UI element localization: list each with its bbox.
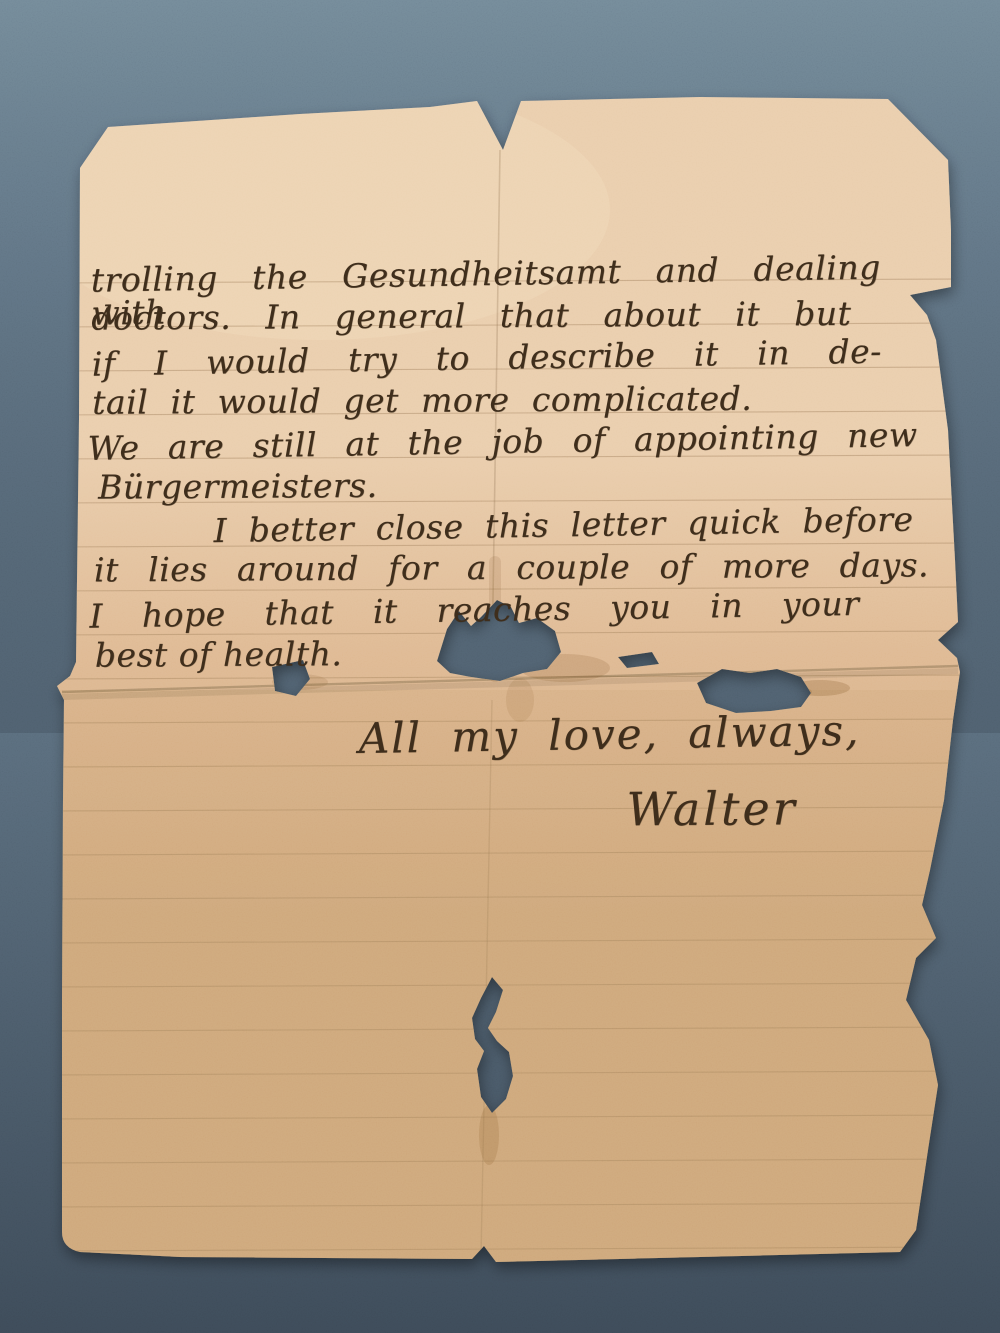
photo-grain — [0, 0, 1000, 1333]
photo-of-letter: trolling the Gesundheitsamt and dealing … — [0, 0, 1000, 1333]
letter-paper-graphic — [0, 0, 1000, 1333]
